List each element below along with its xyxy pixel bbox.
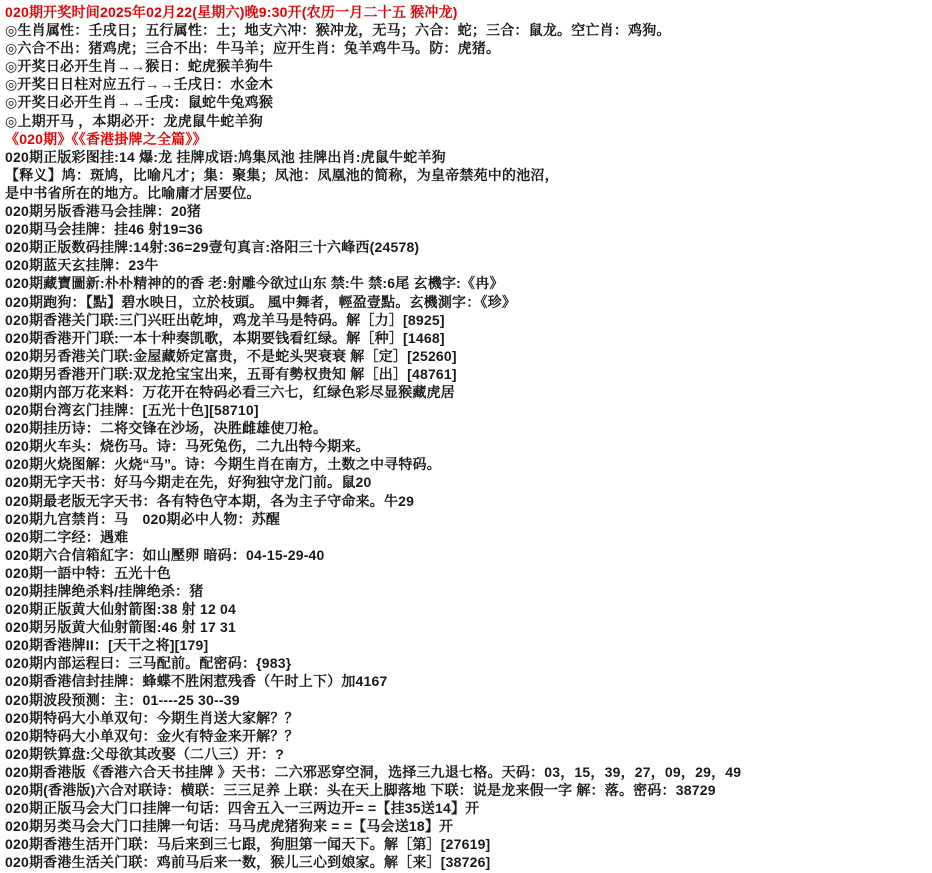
big-small-odd-even-line-2: 020期特码大小单双句：金火有特金来开解？？ <box>5 727 930 745</box>
life-closing-couplet-line: 020期香港生活关门联：鸡前马后来一数，猴儿三心到娘家。解［来］[38726] <box>5 853 930 871</box>
liuhe-exclusion-line: ◎六合不出：猪鸡虎；三合不出：牛马羊；应开生肖：兔羊鸡牛马。防：虎猪。 <box>5 39 930 57</box>
internal-fortune-line: 020期内部运程曰：三马配前。配密码：{983} <box>5 654 930 672</box>
gate-guapai-phrase-line-1: 020期正版马会大门口挂牌一句话：四舍五入一三两边开= =【挂35送14】开 <box>5 799 930 817</box>
wave-forecast-line: 020期波段预测：主：01----25 30--39 <box>5 691 930 709</box>
draw-time-header: 020期开奖时间2025年02月22(星期六)晚9:30开(农历一月二十五 猴冲… <box>5 3 930 21</box>
last-period-result-line: ◎上期开马 ，本期必开：龙虎鼠牛蛇羊狗 <box>5 112 930 130</box>
jockey-club-guapai-line: 020期马会挂牌：挂46 射19=36 <box>5 220 930 238</box>
train-head-line: 020期火车头：烧伤马。诗：马死兔伤，二九出特今期来。 <box>5 437 930 455</box>
fire-chart-line: 020期火烧图解：火烧“马”。诗：今期生肖在南方，土数之中寻特码。 <box>5 455 930 473</box>
two-word-scripture-line: 020期二字经：遇难 <box>5 528 930 546</box>
five-elements-line: ◎开奖日日柱对应五行→→壬戌日：水金木 <box>5 75 930 93</box>
hk-opening-couplet-line: 020期香港开门联:一本十种奏凯歌，本期要钱看红绿。解［种］[1468] <box>5 329 930 347</box>
must-open-zodiac-line-1: ◎开奖日必开生肖→→猴日：蛇虎猴羊狗牛 <box>5 57 930 75</box>
guapai-kill-line: 020期挂牌绝杀料/挂牌绝杀：猪 <box>5 582 930 600</box>
oldest-wordless-book-line: 020期最老版无字天书：各有特色守本期，各为主子守命来。牛29 <box>5 492 930 510</box>
alt-opening-couplet-line: 020期另香港开门联:双龙抢宝宝出来，五哥有勢权贵知 解［出］[48761] <box>5 365 930 383</box>
taiwan-guapai-line: 020期台湾玄门挂牌：[五光十色][58710] <box>5 401 930 419</box>
hk-pai-ii-line: 020期香港牌II：[天干之将][179] <box>5 636 930 654</box>
section-title-guapai: 《020期》《《香港掛牌之全篇》》 <box>5 130 930 148</box>
hk-closing-couplet-line: 020期香港关门联:三门兴旺出乾坤，鸡龙羊马是特码。解［力］[8925] <box>5 311 930 329</box>
heaven-book-line: 020期香港版《香港六合天书挂牌 》天书：二六邪恶穿空洞，选择三九退七格。天码：… <box>5 763 930 781</box>
jiugong-forbidden-line: 020期九宫禁肖：马 020期必中人物：苏醒 <box>5 510 930 528</box>
wordless-book-line: 020期无字天书：好马今期走在先，好狗独守龙门前。鼠20 <box>5 473 930 491</box>
alt-closing-couplet-line: 020期另香港关门联:金屋藏娇定富贵，不是蛇头哭衰衰 解［定］[25260] <box>5 347 930 365</box>
wanhua-info-line: 020期内部万花来料：万花开在特码必看三六七，红绿色彩尽显猴藏虎居 <box>5 383 930 401</box>
blue-sky-guapai-line: 020期蓝天玄挂牌：23牛 <box>5 256 930 274</box>
big-small-odd-even-line-1: 020期特码大小单双句：今期生肖送大家解？？ <box>5 709 930 727</box>
envelope-guapai-line: 020期香港信封挂牌：蜂蝶不胜闲惹残香（午时上下）加4167 <box>5 672 930 690</box>
must-open-zodiac-line-2: ◎开奖日必开生肖→→壬戌：鼠蛇牛兔鸡猴 <box>5 93 930 111</box>
calendar-poem-line: 020期挂历诗：二将交锋在沙场，决胜雌雄使刀枪。 <box>5 419 930 437</box>
iron-abacus-line: 020期铁算盘:父母欲其改娶（二八三）开：? <box>5 745 930 763</box>
wong-tai-sin-arrow-line: 020期正版黄大仙射箭图:38 射 12 04 <box>5 600 930 618</box>
mailbox-red-word-line: 020期六合信箱紅字：如山壓卵 暗码：04-15-29-40 <box>5 546 930 564</box>
lottery-tips-page: 020期开奖时间2025年02月22(星期六)晚9:30开(农历一月二十五 猴冲… <box>0 0 932 873</box>
life-opening-couplet-line: 020期香港生活开门联：马后来到三七跟，狗胆第一闻天下。解［第］[27619] <box>5 835 930 853</box>
one-phrase-special-line: 020期一語中特：五光十色 <box>5 564 930 582</box>
digital-guapai-line: 020期正版数码挂牌:14射:36=29壹句真言:洛阳三十六峰西(24578) <box>5 238 930 256</box>
running-dog-line: 020期跑狗：【點】碧水映日，立於枝頭。 風中舞者，輕盈壹點。玄機測字：《珍》 <box>5 293 930 311</box>
gate-guapai-phrase-line-2: 020期另类马会大门口挂牌一句话：马马虎虎猪狗来 = =【马会送18】开 <box>5 817 930 835</box>
idiom-explain-line-1: 【释义】鸠：斑鸠，比喻凡才；集：聚集；凤池：凤凰池的简称，为皇帝禁苑中的池沼， <box>5 166 930 184</box>
alt-wong-tai-sin-arrow-line: 020期另版黄大仙射箭图:46 射 17 31 <box>5 618 930 636</box>
zodiac-attributes-line: ◎生肖属性：壬戌日；五行属性：土；地支六冲：猴冲龙，无马；六合：蛇；三合：鼠龙。… <box>5 21 930 39</box>
treasure-map-line: 020期藏寶圖新:朴朴精神的的香 老:射雕今欲过山东 禁:牛 禁:6尾 玄機字:… <box>5 274 930 292</box>
couplet-poem-line: 020期(香港版)六合对联诗：横联：三三足养 上联：头在天上脚落地 下联：说是龙… <box>5 781 930 799</box>
idiom-explain-line-2: 是中书省所在的地方。比喻庸才居要位。 <box>5 184 930 202</box>
alt-hk-guapai-line: 020期另版香港马会挂牌：20猪 <box>5 202 930 220</box>
color-chart-line: 020期正版彩图挂:14 爆:龙 挂牌成语:鸠集凤池 挂牌出肖:虎鼠牛蛇羊狗 <box>5 148 930 166</box>
